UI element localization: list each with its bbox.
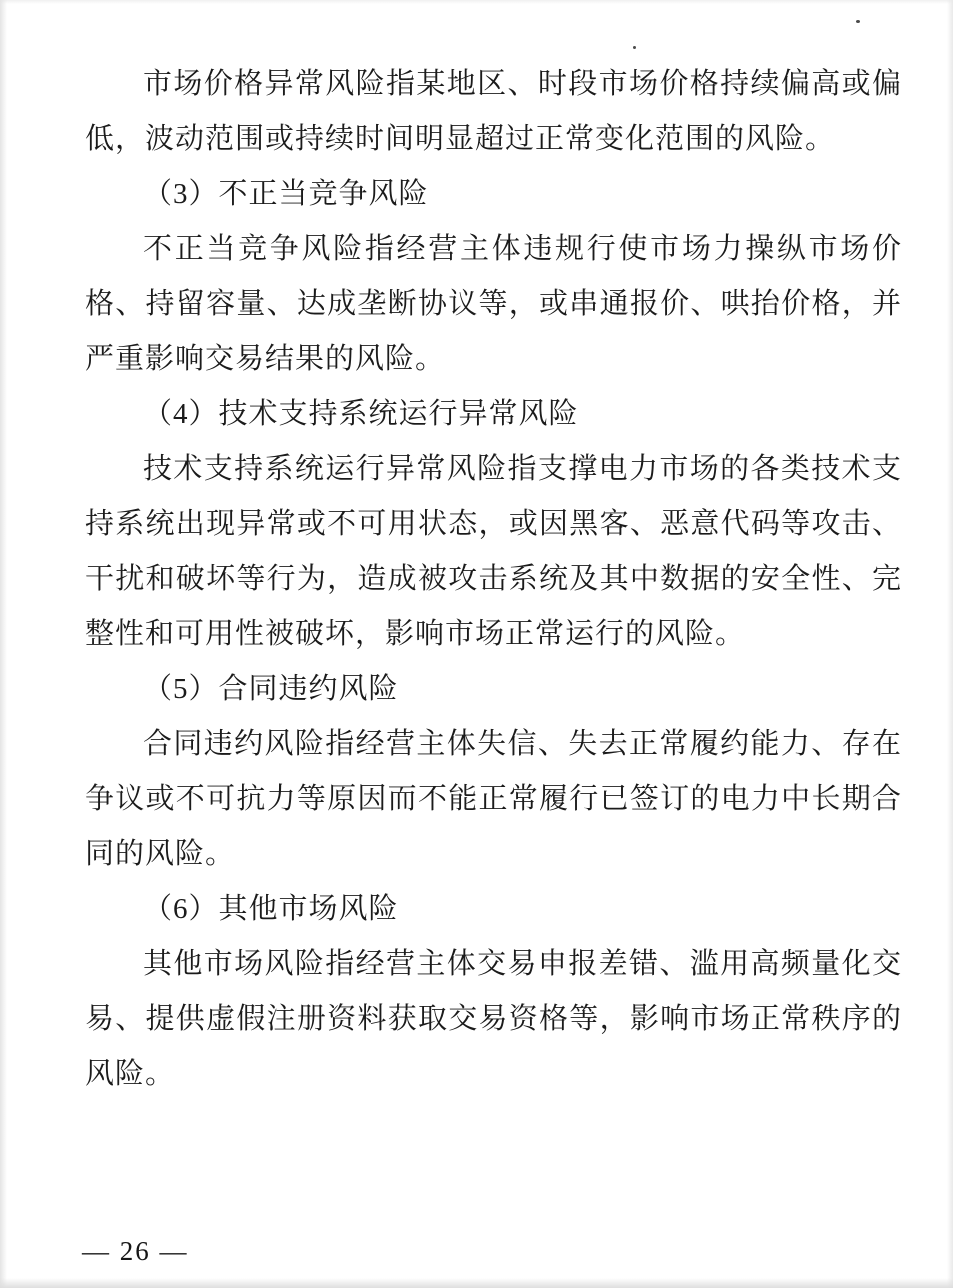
scan-speck xyxy=(856,20,860,23)
paragraph-unfair-competition-risk: 不正当竞争风险指经营主体违规行使市场力操纵市场价格、持留容量、达成垄断协议等，或… xyxy=(85,222,902,387)
heading-other-market-risk: （6）其他市场风险 xyxy=(85,882,902,937)
scanned-document-page: 市场价格异常风险指某地区、时段市场价格持续偏高或偏低，波动范围或持续时间明显超过… xyxy=(0,0,953,1288)
page-number: — 26 — xyxy=(82,1236,189,1267)
paragraph-market-price-abnormal-risk: 市场价格异常风险指某地区、时段市场价格持续偏高或偏低，波动范围或持续时间明显超过… xyxy=(85,57,902,167)
paragraph-technical-support-system-risk: 技术支持系统运行异常风险指支撑电力市场的各类技术支持系统出现异常或不可用状态，或… xyxy=(85,442,902,662)
scan-edge-right xyxy=(947,0,953,1288)
document-body: 市场价格异常风险指某地区、时段市场价格持续偏高或偏低，波动范围或持续时间明显超过… xyxy=(85,57,902,1102)
scan-speck xyxy=(633,46,636,49)
scan-edge-top xyxy=(0,0,953,4)
paragraph-other-market-risk: 其他市场风险指经营主体交易申报差错、滥用高频量化交易、提供虚假注册资料获取交易资… xyxy=(85,937,902,1102)
scan-edge-left xyxy=(0,0,7,1288)
heading-contract-breach-risk: （5）合同违约风险 xyxy=(85,662,902,717)
scan-edge-bottom xyxy=(0,1278,953,1288)
heading-unfair-competition-risk: （3）不正当竞争风险 xyxy=(85,167,902,222)
paragraph-contract-breach-risk: 合同违约风险指经营主体失信、失去正常履约能力、存在争议或不可抗力等原因而不能正常… xyxy=(85,717,902,882)
heading-technical-support-system-risk: （4）技术支持系统运行异常风险 xyxy=(85,387,902,442)
